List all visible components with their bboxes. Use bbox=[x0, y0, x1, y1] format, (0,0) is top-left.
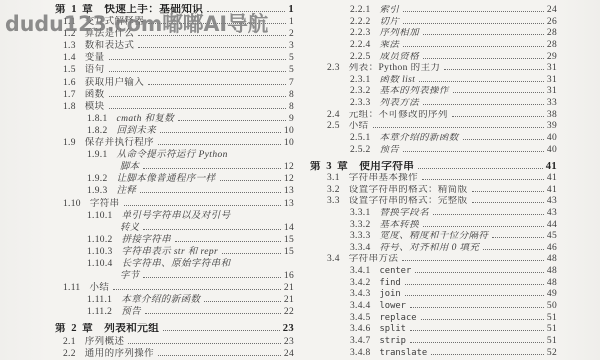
entry-page: 51 bbox=[547, 324, 557, 336]
toc-entry-row: 1.11小结21 bbox=[55, 282, 294, 294]
toc-entry-row: 第 2 章列表和元组23 bbox=[55, 323, 294, 335]
dot-leader bbox=[109, 71, 286, 72]
entry-page: 43 bbox=[547, 208, 557, 220]
entry-title: 切片 bbox=[380, 17, 400, 29]
dot-leader bbox=[410, 342, 544, 343]
toc-entry-continuation-row: 脚本12 bbox=[55, 161, 294, 173]
toc-entry-row: 2.5小结39 bbox=[310, 121, 557, 133]
entry-title: 替换字段名 bbox=[380, 208, 430, 220]
toc-entry-row: 1.10.3字符串表示 str 和 repr15 bbox=[55, 246, 294, 258]
entry-number: 第 2 章 bbox=[55, 323, 94, 335]
dot-leader bbox=[163, 330, 280, 331]
toc-entry-row: 3.4.5replace51 bbox=[310, 313, 557, 325]
dot-leader bbox=[403, 11, 544, 12]
entry-title: lower bbox=[380, 301, 406, 313]
entry-page: 46 bbox=[547, 243, 557, 255]
entry-page: 12 bbox=[284, 173, 294, 185]
dot-leader bbox=[403, 46, 544, 47]
toc-entry-row: 1.10.2拼接字符串15 bbox=[55, 234, 294, 246]
toc-entry-row: 3.4.1center48 bbox=[310, 266, 557, 278]
entry-title: 保存并执行程序 bbox=[85, 137, 154, 149]
entry-number: 1.11 bbox=[63, 282, 80, 294]
entry-page: 41 bbox=[547, 185, 557, 197]
toc-entry-row: 3.4.3join49 bbox=[310, 289, 557, 301]
entry-title: center bbox=[380, 266, 412, 278]
entry-page: 10 bbox=[284, 125, 294, 137]
dot-leader bbox=[452, 116, 544, 117]
entry-page: 15 bbox=[284, 234, 294, 246]
entry-number: 1.9 bbox=[63, 137, 76, 149]
entry-number: 1.8.2 bbox=[87, 125, 108, 137]
toc-entry-row: 2.2.1索引24 bbox=[310, 5, 557, 17]
toc-entry-row: 3.4.6split51 bbox=[310, 324, 557, 336]
entry-number: 2.2.5 bbox=[350, 52, 371, 64]
entry-page: 23 bbox=[283, 323, 294, 335]
toc-entry-continuation-row: 字节16 bbox=[55, 270, 294, 282]
toc-entry-row: 2.5.2预告40 bbox=[310, 145, 557, 157]
entry-title: 数和表达式 bbox=[85, 40, 135, 52]
dot-leader bbox=[410, 330, 544, 331]
entry-number: 3.4.1 bbox=[350, 266, 371, 278]
entry-page: 24 bbox=[284, 348, 294, 360]
entry-page: 38 bbox=[547, 110, 557, 122]
dot-leader bbox=[158, 144, 281, 145]
dot-leader bbox=[492, 237, 543, 238]
toc-entry-row: 3.4字符串方法48 bbox=[310, 254, 557, 266]
dot-leader bbox=[453, 92, 544, 93]
toc-column-left: 第 1 章快速上手：基础知识11.1交互式解释器11.2算法是什么21.3数和表… bbox=[55, 4, 294, 360]
entry-title: translate bbox=[380, 348, 428, 360]
entry-title: 本章介绍的新函数 bbox=[380, 133, 459, 145]
entry-number: 3.2 bbox=[327, 185, 340, 197]
toc-entry-row: 2.2.3序列相加28 bbox=[310, 28, 557, 40]
toc-entry-row: 1.9.1从命令提示符运行 Python bbox=[55, 149, 294, 161]
entry-title: 元组：不可修改的序列 bbox=[349, 110, 448, 122]
entry-number: 2.1 bbox=[63, 336, 76, 348]
entry-title: 成员资格 bbox=[380, 52, 420, 64]
dot-leader bbox=[405, 295, 544, 296]
dot-leader bbox=[483, 249, 544, 250]
entry-title: 预告 bbox=[121, 306, 141, 318]
toc-entry-row: 2.1序列概述23 bbox=[55, 336, 294, 348]
toc-entry-row: 2.3列表：Python 的主力31 bbox=[310, 63, 557, 75]
entry-number: 1.10.4 bbox=[87, 258, 113, 270]
entry-number: 2.2.4 bbox=[350, 40, 371, 52]
entry-number: 第 3 章 bbox=[310, 161, 349, 173]
entry-title: 小结 bbox=[349, 121, 369, 133]
toc-entry-row: 第 3 章使用字符串41 bbox=[310, 161, 557, 173]
toc-entry-row: 1.8.2回到未来10 bbox=[55, 125, 294, 137]
entry-title: strip bbox=[380, 336, 406, 348]
dot-leader bbox=[143, 229, 281, 230]
dot-leader bbox=[143, 277, 281, 278]
entry-page: 51 bbox=[547, 336, 557, 348]
toc-entry-row: 1.10.4长字符串、原始字符串和 bbox=[55, 258, 294, 270]
toc-entry-row: 2.3.2基本的列表操作31 bbox=[310, 86, 557, 98]
entry-number: 1.9.2 bbox=[87, 173, 108, 185]
entry-number: 2.3.1 bbox=[350, 75, 371, 87]
toc-entry-row: 3.1字符串基本操作41 bbox=[310, 173, 557, 185]
toc-entry-row: 2.2.4乘法28 bbox=[310, 40, 557, 52]
entry-title: 基本的列表操作 bbox=[380, 86, 449, 98]
entry-page: 23 bbox=[284, 336, 294, 348]
toc-entry-row: 3.4.7strip51 bbox=[310, 336, 557, 348]
toc-entry-row: 1.10字符串13 bbox=[55, 198, 294, 210]
entry-page: 48 bbox=[547, 254, 557, 266]
dot-leader bbox=[418, 168, 543, 169]
entry-number: 1.10.1 bbox=[87, 210, 113, 222]
entry-title: split bbox=[380, 324, 406, 336]
entry-page: 28 bbox=[547, 28, 557, 40]
dot-leader bbox=[148, 84, 286, 85]
entry-page: 51 bbox=[547, 313, 557, 325]
dot-leader bbox=[124, 205, 281, 206]
entry-page: 48 bbox=[547, 278, 557, 290]
toc-entry-row: 3.2设置字符串的格式：精简版41 bbox=[310, 185, 557, 197]
entry-number: 2.3.2 bbox=[350, 86, 371, 98]
entry-title: 设置字符串的格式：完整版 bbox=[349, 196, 468, 208]
dot-leader bbox=[472, 202, 544, 203]
entry-page: 22 bbox=[284, 306, 294, 318]
dot-leader bbox=[145, 313, 281, 314]
entry-page: 48 bbox=[547, 266, 557, 278]
entry-title: 注释 bbox=[117, 185, 137, 197]
entry-page: 24 bbox=[547, 5, 557, 17]
dot-leader bbox=[422, 179, 544, 180]
dot-leader bbox=[222, 253, 281, 254]
entry-page: 39 bbox=[547, 121, 557, 133]
toc-entry-row: 1.3数和表达式3 bbox=[55, 40, 294, 52]
dot-leader bbox=[415, 272, 544, 273]
entry-title: 模块 bbox=[85, 101, 105, 113]
entry-title-continuation: 转义 bbox=[120, 222, 139, 234]
entry-title: 字符串方法 bbox=[349, 254, 399, 266]
entry-number: 1.6 bbox=[63, 77, 76, 89]
entry-page: 52 bbox=[547, 348, 557, 360]
toc-entry-row: 3.3.3宽度、精度和千位分隔符45 bbox=[310, 231, 557, 243]
dot-leader bbox=[204, 301, 280, 302]
entry-number: 1.11.1 bbox=[87, 294, 112, 306]
entry-number: 2.5 bbox=[327, 121, 340, 133]
entry-page: 12 bbox=[284, 161, 294, 173]
entry-title: 列表和元组 bbox=[104, 323, 159, 335]
toc-page: dudu123.com嘟嘟AI导航 第 1 章快速上手：基础知识11.1交互式解… bbox=[0, 0, 600, 360]
entry-page: 50 bbox=[547, 301, 557, 313]
entry-number: 2.2.2 bbox=[350, 17, 371, 29]
entry-number: 2.2 bbox=[63, 348, 76, 360]
entry-number: 1.8.1 bbox=[87, 113, 108, 125]
entry-page: 31 bbox=[547, 75, 557, 87]
entry-page: 1 bbox=[288, 4, 294, 16]
dot-leader bbox=[433, 214, 544, 215]
watermark-overlay: dudu123.com嘟嘟AI导航 bbox=[5, 11, 268, 37]
entry-title: 字符串表示 str 和 repr bbox=[122, 246, 219, 258]
entry-page: 14 bbox=[284, 222, 294, 234]
entry-title: 符号、对齐和用 0 填充 bbox=[380, 243, 480, 255]
toc-column-right: 2.2.1索引242.2.2切片262.2.3序列相加282.2.4乘法282.… bbox=[310, 5, 557, 359]
toc-entry-row: 2.2.2切片26 bbox=[310, 17, 557, 29]
entry-number: 3.3.3 bbox=[350, 231, 371, 243]
entry-number: 1.11.2 bbox=[87, 306, 112, 318]
dot-leader bbox=[109, 108, 286, 109]
toc-entry-row: 1.8模块8 bbox=[55, 101, 294, 113]
entry-page: 8 bbox=[289, 101, 294, 113]
entry-title: 通用的序列操作 bbox=[85, 348, 154, 360]
entry-page: 31 bbox=[547, 86, 557, 98]
dot-leader bbox=[419, 81, 544, 82]
dot-leader bbox=[423, 58, 544, 59]
toc-entry-row: 1.4变量5 bbox=[55, 52, 294, 64]
toc-entry-row: 1.9.2让脚本像普通程序一样12 bbox=[55, 173, 294, 185]
toc-entry-row: 2.4元组：不可修改的序列38 bbox=[310, 110, 557, 122]
entry-number: 1.9.1 bbox=[87, 149, 108, 161]
dot-leader bbox=[421, 319, 544, 320]
toc-entry-row: 2.3.3列表方法33 bbox=[310, 98, 557, 110]
toc-entry-row: 1.9保存并执行程序10 bbox=[55, 137, 294, 149]
dot-leader bbox=[402, 260, 544, 261]
entry-number: 3.3.2 bbox=[350, 220, 371, 232]
entry-title: 变量 bbox=[85, 52, 105, 64]
entry-page: 15 bbox=[284, 246, 294, 258]
entry-page: 13 bbox=[284, 198, 294, 210]
entry-page: 41 bbox=[547, 173, 557, 185]
entry-title: 字符串 bbox=[90, 198, 120, 210]
dot-leader bbox=[431, 354, 544, 355]
entry-number: 2.3 bbox=[327, 63, 340, 75]
toc-entry-row: 3.4.4lower50 bbox=[310, 301, 557, 313]
entry-number: 3.3.1 bbox=[350, 208, 371, 220]
entry-number: 1.4 bbox=[63, 52, 76, 64]
entry-page: 41 bbox=[546, 161, 557, 173]
entry-number: 1.9.3 bbox=[87, 185, 108, 197]
toc-entry-row: 2.5.1本章介绍的新函数40 bbox=[310, 133, 557, 145]
entry-page: 29 bbox=[547, 52, 557, 64]
entry-number: 2.2.1 bbox=[350, 5, 371, 17]
dot-leader bbox=[113, 289, 281, 290]
entry-title: 序列概述 bbox=[85, 336, 125, 348]
entry-title: 列表方法 bbox=[380, 98, 420, 110]
entry-title: cmath 和复数 bbox=[117, 113, 175, 125]
entry-number: 3.4.6 bbox=[350, 324, 371, 336]
toc-entry-row: 1.10.1单引号字符串以及对引号 bbox=[55, 210, 294, 222]
dot-leader bbox=[403, 151, 544, 152]
entry-page: 2 bbox=[289, 28, 294, 40]
toc-entry-row: 3.3.4符号、对齐和用 0 填充46 bbox=[310, 243, 557, 255]
entry-title: 让脚本像普通程序一样 bbox=[117, 173, 216, 185]
entry-page: 7 bbox=[289, 77, 294, 89]
toc-entry-row: 1.5语句5 bbox=[55, 64, 294, 76]
toc-entry-row: 1.6获取用户输入7 bbox=[55, 77, 294, 89]
entry-number: 2.5.1 bbox=[350, 133, 371, 145]
dot-leader bbox=[423, 104, 544, 105]
entry-title: 预告 bbox=[380, 145, 400, 157]
entry-title: 小结 bbox=[89, 282, 109, 294]
entry-title: 语句 bbox=[85, 64, 105, 76]
dot-leader bbox=[423, 226, 544, 227]
entry-number: 1.10.2 bbox=[87, 234, 113, 246]
toc-entry-row: 3.3.2基本转换44 bbox=[310, 220, 557, 232]
toc-entry-row: 1.9.3注释13 bbox=[55, 185, 294, 197]
dot-leader bbox=[444, 69, 544, 70]
dot-leader bbox=[138, 47, 286, 48]
dot-leader bbox=[109, 96, 286, 97]
entry-page: 31 bbox=[547, 63, 557, 75]
entry-page: 1 bbox=[289, 16, 294, 28]
entry-number: 2.3.3 bbox=[350, 98, 371, 110]
entry-page: 43 bbox=[547, 196, 557, 208]
toc-entry-row: 2.3.1函数 list31 bbox=[310, 75, 557, 87]
dot-leader bbox=[109, 59, 286, 60]
entry-number: 3.4.7 bbox=[350, 336, 371, 348]
toc-entry-row: 2.2.5成员资格29 bbox=[310, 52, 557, 64]
entry-title: 回到未来 bbox=[117, 125, 157, 137]
entry-page: 5 bbox=[289, 64, 294, 76]
toc-entry-row: 3.4.2find48 bbox=[310, 278, 557, 290]
entry-page: 28 bbox=[547, 40, 557, 52]
entry-page: 16 bbox=[284, 270, 294, 282]
entry-title: 使用字符串 bbox=[359, 161, 414, 173]
dot-leader bbox=[143, 168, 281, 169]
toc-entry-row: 3.3设置字符串的格式：完整版43 bbox=[310, 196, 557, 208]
toc-entry-row: 1.11.2预告22 bbox=[55, 306, 294, 318]
entry-page: 9 bbox=[289, 113, 294, 125]
entry-page: 45 bbox=[547, 231, 557, 243]
dot-leader bbox=[220, 180, 281, 181]
entry-title-continuation: 字节 bbox=[120, 270, 139, 282]
entry-page: 21 bbox=[284, 294, 294, 306]
entry-page: 10 bbox=[284, 137, 294, 149]
entry-number: 1.10.3 bbox=[87, 246, 113, 258]
entry-title: 索引 bbox=[380, 5, 400, 17]
entry-title: 单引号字符串以及对引号 bbox=[122, 210, 231, 222]
dot-leader bbox=[463, 139, 544, 140]
entry-title: 基本转换 bbox=[380, 220, 420, 232]
entry-title: 字符串基本操作 bbox=[349, 173, 418, 185]
dot-leader bbox=[160, 132, 281, 133]
entry-page: 49 bbox=[547, 289, 557, 301]
toc-entry-continuation-row: 转义14 bbox=[55, 222, 294, 234]
entry-number: 1.5 bbox=[63, 64, 76, 76]
entry-title: 获取用户输入 bbox=[85, 77, 144, 89]
entry-page: 40 bbox=[547, 133, 557, 145]
dot-leader bbox=[423, 34, 544, 35]
entry-number: 3.4.5 bbox=[350, 313, 371, 325]
dot-leader bbox=[175, 241, 281, 242]
entry-number: 3.4.2 bbox=[350, 278, 371, 290]
entry-number: 3.3 bbox=[327, 196, 340, 208]
entry-title: 本章介绍的新函数 bbox=[121, 294, 200, 306]
entry-title-continuation: 脚本 bbox=[120, 161, 139, 173]
entry-page: 40 bbox=[547, 145, 557, 157]
entry-title: join bbox=[380, 289, 401, 301]
entry-number: 3.4.4 bbox=[350, 301, 371, 313]
entry-page: 5 bbox=[289, 52, 294, 64]
toc-entry-row: 3.4.8translate52 bbox=[310, 348, 557, 360]
toc-entry-row: 1.7函数8 bbox=[55, 89, 294, 101]
dot-leader bbox=[472, 191, 544, 192]
entry-title: 序列相加 bbox=[380, 28, 420, 40]
entry-number: 3.4.3 bbox=[350, 289, 371, 301]
entry-number: 3.4 bbox=[327, 254, 340, 266]
entry-title: 函数 bbox=[85, 89, 105, 101]
entry-number: 1.10 bbox=[63, 198, 81, 210]
entry-title: 函数 list bbox=[380, 75, 416, 87]
entry-title: 设置字符串的格式：精简版 bbox=[349, 185, 468, 197]
dot-leader bbox=[158, 355, 281, 356]
entry-title: replace bbox=[380, 313, 417, 325]
entry-number: 3.3.4 bbox=[350, 243, 371, 255]
entry-number: 1.7 bbox=[63, 89, 76, 101]
entry-number: 2.2.3 bbox=[350, 28, 371, 40]
toc-entry-row: 1.8.1cmath 和复数9 bbox=[55, 113, 294, 125]
entry-page: 44 bbox=[547, 220, 557, 232]
entry-page: 33 bbox=[547, 98, 557, 110]
toc-entry-row: 2.2通用的序列操作24 bbox=[55, 348, 294, 360]
dot-leader bbox=[140, 192, 281, 193]
entry-title: 从命令提示符运行 Python bbox=[117, 149, 228, 161]
dot-leader bbox=[128, 343, 281, 344]
entry-page: 3 bbox=[289, 40, 294, 52]
entry-title: 拼接字符串 bbox=[122, 234, 172, 246]
entry-title: 长字符串、原始字符串和 bbox=[122, 258, 231, 270]
dot-leader bbox=[178, 120, 286, 121]
dot-leader bbox=[403, 23, 544, 24]
entry-number: 2.4 bbox=[327, 110, 340, 122]
toc-entry-row: 3.3.1替换字段名43 bbox=[310, 208, 557, 220]
entry-page: 26 bbox=[547, 17, 557, 29]
entry-page: 13 bbox=[284, 185, 294, 197]
entry-title: 乘法 bbox=[380, 40, 400, 52]
toc-entry-row: 1.11.1本章介绍的新函数21 bbox=[55, 294, 294, 306]
entry-number: 3.4.8 bbox=[350, 348, 371, 360]
entry-number: 1.8 bbox=[63, 101, 76, 113]
entry-number: 2.5.2 bbox=[350, 145, 371, 157]
entry-page: 8 bbox=[289, 89, 294, 101]
entry-number: 3.1 bbox=[327, 173, 340, 185]
dot-leader bbox=[373, 127, 544, 128]
entry-page: 21 bbox=[284, 282, 294, 294]
entry-title: 宽度、精度和千位分隔符 bbox=[380, 231, 489, 243]
entry-title: find bbox=[380, 278, 401, 290]
entry-title: 列表：Python 的主力 bbox=[349, 63, 441, 75]
dot-leader bbox=[410, 307, 544, 308]
entry-number: 1.3 bbox=[63, 40, 76, 52]
dot-leader bbox=[405, 284, 544, 285]
